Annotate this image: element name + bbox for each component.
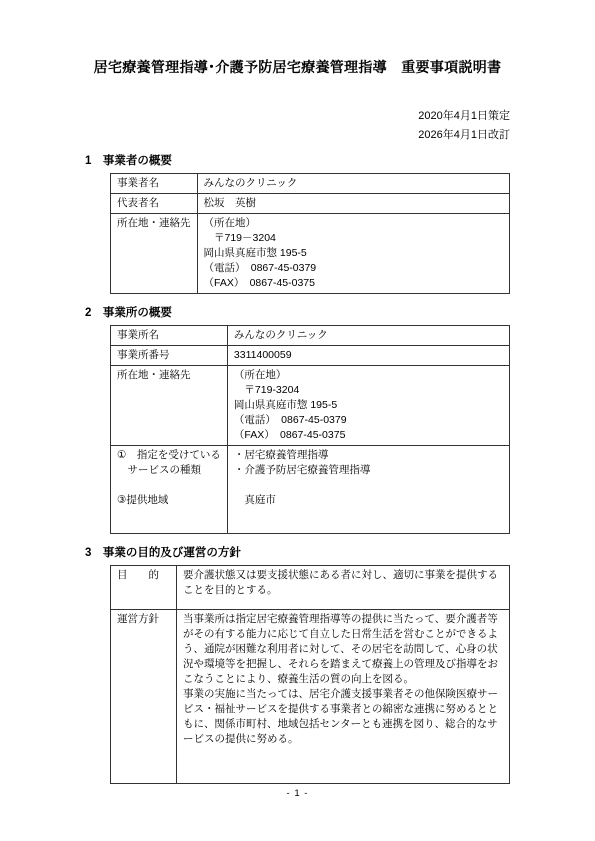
page-title: 居宅療養管理指導･介護予防居宅療養管理指導 重要事項説明書 [0, 0, 595, 77]
row-value: 松坂 英樹 [197, 194, 510, 214]
table-row: 事業所名 みんなのクリニック [111, 326, 510, 346]
row-label: 所在地・連絡先 [111, 214, 198, 294]
date-revised: 2026年4月1日改訂 [0, 126, 510, 145]
page-number: - 1 - [0, 788, 595, 799]
row-label: 目 的 [111, 566, 177, 610]
row-value: みんなのクリニック [227, 326, 509, 346]
table-row: 事業者名 みんなのクリニック [111, 174, 510, 194]
row-label: 事業所番号 [111, 346, 228, 366]
document-page: 居宅療養管理指導･介護予防居宅療養管理指導 重要事項説明書 2020年4月1日策… [0, 0, 595, 841]
row-value: （所在地） 〒719-3204 岡山県真庭市惣 195-5 （電話） 0867-… [227, 366, 509, 446]
table-row: 運営方針 当事業所は指定居宅療養管理指導等の提供に当たって、要介護者等がその有す… [111, 610, 510, 784]
row-value: 3311400059 [227, 346, 509, 366]
row-value: ・居宅療養管理指導 ・介護予防居宅療養管理指導 真庭市 [227, 446, 509, 534]
section1-heading: 1 事業者の概要 [85, 152, 595, 168]
row-label: 所在地・連絡先 [111, 366, 228, 446]
section3-heading: 3 事業の目的及び運営の方針 [85, 544, 595, 560]
row-value: 要介護状態又は要支援状態にある者に対し、適切に事業を提供することを目的とする。 [177, 566, 510, 610]
table-row: 所在地・連絡先 （所在地） 〒719－3204 岡山県真庭市惣 195-5 （電… [111, 214, 510, 294]
provider-overview-table: 事業者名 みんなのクリニック 代表者名 松坂 英樹 所在地・連絡先 （所在地） … [110, 173, 510, 294]
row-label: 代表者名 [111, 194, 198, 214]
row-value: （所在地） 〒719－3204 岡山県真庭市惣 195-5 （電話） 0867-… [197, 214, 510, 294]
date-established: 2020年4月1日策定 [0, 107, 510, 126]
table-row: 事業所番号 3311400059 [111, 346, 510, 366]
section2-heading: 2 事業所の概要 [85, 304, 595, 320]
row-label: ① 指定を受けている サービスの種類 ③提供地域 [111, 446, 228, 534]
row-label: 事業者名 [111, 174, 198, 194]
table-row: 代表者名 松坂 英樹 [111, 194, 510, 214]
table-row: 所在地・連絡先 （所在地） 〒719-3204 岡山県真庭市惣 195-5 （電… [111, 366, 510, 446]
row-value: みんなのクリニック [197, 174, 510, 194]
table-row: ① 指定を受けている サービスの種類 ③提供地域 ・居宅療養管理指導 ・介護予防… [111, 446, 510, 534]
row-value: 当事業所は指定居宅療養管理指導等の提供に当たって、要介護者等がその有する能力に応… [177, 610, 510, 784]
purpose-policy-table: 目 的 要介護状態又は要支援状態にある者に対し、適切に事業を提供することを目的と… [110, 565, 510, 784]
table-row: 目 的 要介護状態又は要支援状態にある者に対し、適切に事業を提供することを目的と… [111, 566, 510, 610]
office-overview-table: 事業所名 みんなのクリニック 事業所番号 3311400059 所在地・連絡先 … [110, 325, 510, 534]
row-label: 事業所名 [111, 326, 228, 346]
revision-dates: 2020年4月1日策定 2026年4月1日改訂 [0, 107, 510, 145]
row-label: 運営方針 [111, 610, 177, 784]
